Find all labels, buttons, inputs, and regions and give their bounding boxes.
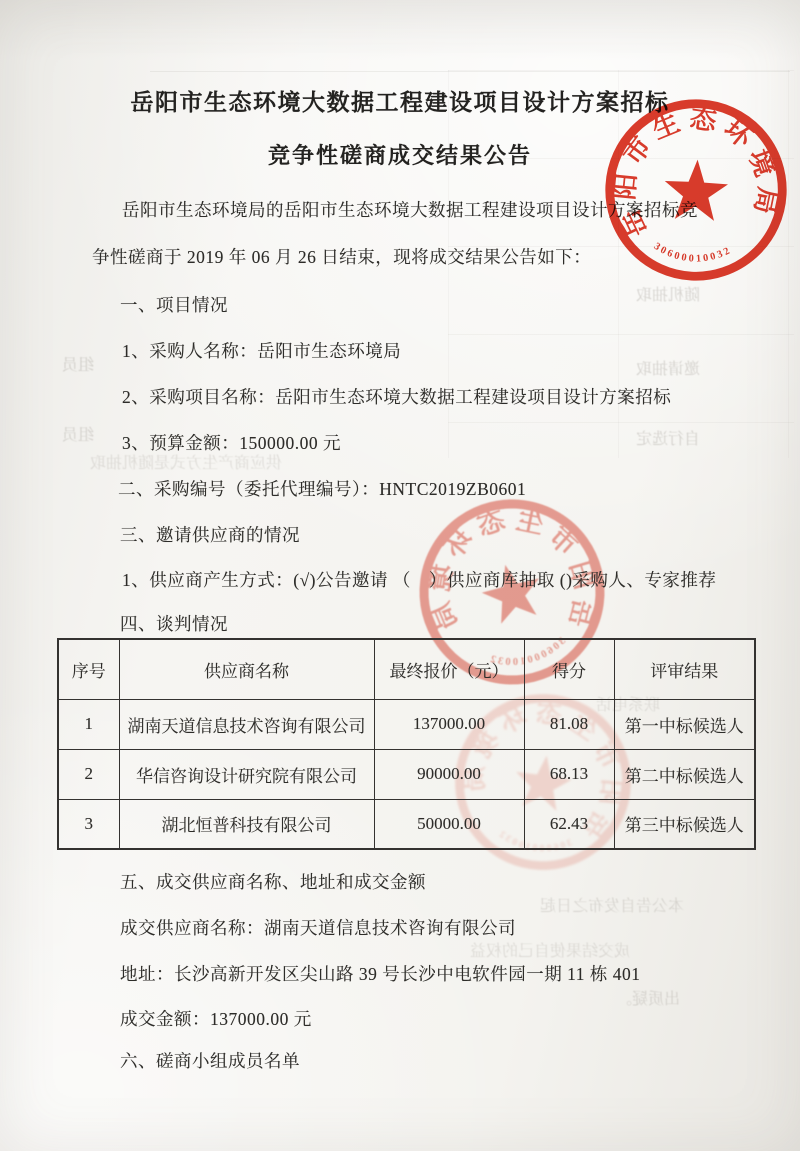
cell-score: 68.13 bbox=[524, 749, 614, 799]
cell-index: 3 bbox=[58, 799, 119, 849]
table-row: 2 华信咨询设计研究院有限公司 90000.00 68.13 第二中标候选人 bbox=[58, 749, 755, 799]
intro-paragraph-line2: 争性磋商于 2019 年 06 月 26 日结束，现将成交结果公告如下： bbox=[92, 244, 591, 269]
official-red-seal-icon: 岳阳市生态环境局 4306000100325 bbox=[593, 87, 799, 293]
purchaser-name-line: 1、采购人名称：岳阳市生态环境局 bbox=[122, 338, 401, 363]
procurement-number-line: 二、采购编号（委托代理编号）：HNTC2019ZB0601 bbox=[118, 476, 526, 501]
bleedthrough-text: 邀请抽取 bbox=[636, 356, 700, 379]
table-row: 1 湖南天道信息技术咨询有限公司 137000.00 81.08 第一中标候选人 bbox=[58, 699, 755, 749]
cell-index: 2 bbox=[58, 749, 119, 799]
bleedthrough-text: 本公告自发布之日起 bbox=[540, 893, 684, 916]
cell-review-result: 第二中标候选人 bbox=[614, 749, 755, 799]
supplier-source-method-line: 1、供应商产生方式：(√)公告邀请 （ ）供应商库抽取 ()采购人、专家推荐 bbox=[122, 567, 716, 592]
cell-supplier: 湖南天道信息技术咨询有限公司 bbox=[119, 699, 374, 749]
bleedthrough-text: 自行选定 bbox=[636, 426, 700, 449]
bleedthrough-text: 组员 bbox=[62, 422, 94, 445]
bleedthrough-text: 随机抽取 bbox=[636, 282, 700, 305]
cell-score: 81.08 bbox=[524, 699, 614, 749]
section-6-heading: 六、磋商小组成员名单 bbox=[120, 1048, 300, 1073]
col-header-final-price: 最终报价（元） bbox=[374, 639, 524, 699]
cell-review-result: 第一中标候选人 bbox=[614, 699, 755, 749]
document-title-line2: 竞争性磋商成交结果公告 bbox=[0, 139, 800, 170]
section-3-heading: 三、邀请供应商的情况 bbox=[120, 522, 300, 547]
table-header-row: 序号 供应商名称 最终报价（元） 得分 评审结果 bbox=[58, 639, 755, 699]
intro-paragraph-line1: 岳阳市生态环境局的岳阳市生态环境大数据工程建设项目设计方案招标竞 bbox=[122, 197, 698, 222]
winning-supplier-address-line: 地址：长沙高新开发区尖山路 39 号长沙中电软件园一期 11 栋 401 bbox=[120, 961, 640, 986]
cell-review-result: 第三中标候选人 bbox=[614, 799, 755, 849]
project-name-line: 2、采购项目名称：岳阳市生态环境大数据工程建设项目设计方案招标 bbox=[122, 384, 671, 409]
section-4-heading: 四、谈判情况 bbox=[120, 611, 228, 636]
section-5-heading: 五、成交供应商名称、地址和成交金额 bbox=[120, 869, 426, 894]
budget-amount-line: 3、预算金额：150000.00 元 bbox=[122, 430, 341, 455]
bleedthrough-text: 成交结果使自己的权益 bbox=[470, 938, 630, 961]
table-row: 3 湖北恒普科技有限公司 50000.00 62.43 第三中标候选人 bbox=[58, 799, 755, 849]
cell-score: 62.43 bbox=[524, 799, 614, 849]
transaction-amount-line: 成交金额：137000.00 元 bbox=[120, 1006, 312, 1031]
cell-final-price: 137000.00 bbox=[374, 699, 524, 749]
col-header-supplier: 供应商名称 bbox=[119, 639, 374, 699]
document-title-line1: 岳阳市生态环境大数据工程建设项目设计方案招标 bbox=[0, 84, 800, 117]
winning-supplier-name-line: 成交供应商名称：湖南天道信息技术咨询有限公司 bbox=[120, 915, 516, 940]
bleedthrough-text: 组员 bbox=[62, 352, 94, 375]
svg-text:4306000100325: 4306000100325 bbox=[651, 180, 737, 267]
cell-index: 1 bbox=[58, 699, 119, 749]
cell-supplier: 湖北恒普科技有限公司 bbox=[119, 799, 374, 849]
negotiation-results-table: 序号 供应商名称 最终报价（元） 得分 评审结果 1 湖南天道信息技术咨询有限公… bbox=[57, 638, 756, 850]
scan-artifact-line bbox=[150, 71, 790, 72]
section-1-heading: 一、项目情况 bbox=[120, 292, 228, 317]
cell-final-price: 50000.00 bbox=[374, 799, 524, 849]
bleedthrough-text: 出质疑。 bbox=[616, 986, 680, 1009]
col-header-index: 序号 bbox=[58, 639, 119, 699]
col-header-review-result: 评审结果 bbox=[614, 639, 755, 699]
cell-final-price: 90000.00 bbox=[374, 749, 524, 799]
scanned-document-page: 随机抽取 组员 邀请抽取 组员 自行选定 供应商产生方式是随机抽取 本公告自发布… bbox=[0, 0, 800, 1151]
svg-text:岳阳市生态环境局: 岳阳市生态环境局 bbox=[607, 99, 788, 250]
col-header-score: 得分 bbox=[524, 639, 614, 699]
cell-supplier: 华信咨询设计研究院有限公司 bbox=[119, 749, 374, 799]
